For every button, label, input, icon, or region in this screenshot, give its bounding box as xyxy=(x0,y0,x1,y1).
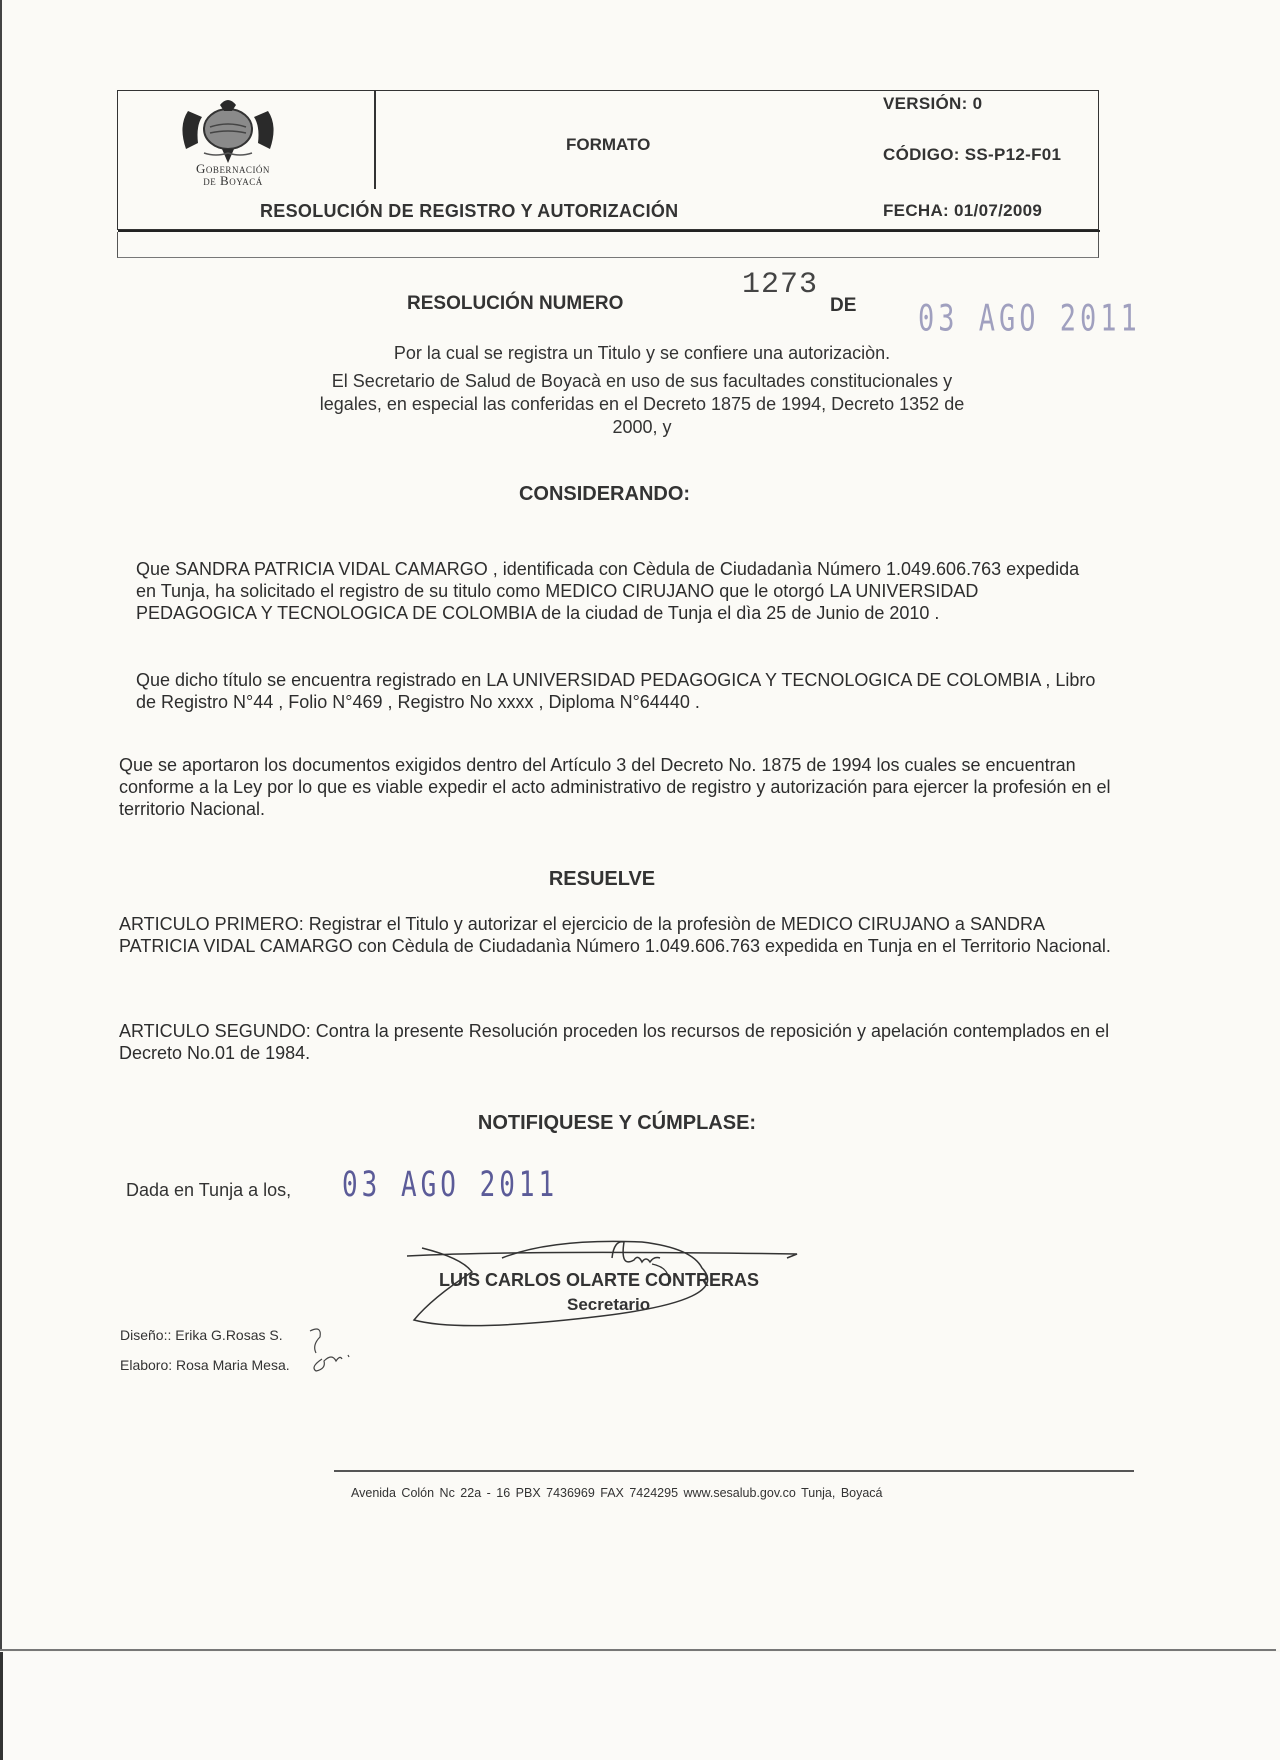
resolution-number: 1273 xyxy=(742,268,818,302)
header-divider xyxy=(374,91,376,189)
format-label: FORMATO xyxy=(566,135,650,155)
document-page: Gobernación de Boyacá FORMATO RESOLUCIÓN… xyxy=(0,0,1280,1650)
footer-address: Avenida Colón Nc 22a - 16 PBX 7436969 FA… xyxy=(351,1486,883,1500)
footer-divider xyxy=(334,1470,1134,1472)
considerando-paragraph: Que se aportaron los documentos exigidos… xyxy=(119,754,1119,820)
resuelve-heading: RESUELVE xyxy=(2,868,1202,891)
document-type-title: RESOLUCIÓN DE REGISTRO Y AUTORIZACIÓN xyxy=(260,201,678,222)
prepared-credit: Elaboro: Rosa Maria Mesa. xyxy=(120,1357,290,1373)
resolution-label: RESOLUCIÓN NUMERO xyxy=(407,293,623,315)
logo-line-2: de Boyacá xyxy=(118,175,348,187)
authority-statement: El Secretario de Salud de Boyacà en uso … xyxy=(302,370,982,439)
design-credit: Diseño:: Erika G.Rosas S. xyxy=(120,1327,283,1343)
page-edge xyxy=(0,1649,1276,1651)
resolution-purpose: Por la cual se registra un Titulo y se c… xyxy=(202,342,1082,365)
header-box: Gobernación de Boyacá FORMATO RESOLUCIÓN… xyxy=(117,90,1099,230)
resolution-date-stamp: 03 AGO 2011 xyxy=(918,298,1141,340)
article-first: ARTICULO PRIMERO: Registrar el Titulo y … xyxy=(119,913,1119,957)
code-label: CÓDIGO: SS-P12-F01 xyxy=(883,145,1061,165)
resolution-de-label: DE xyxy=(830,295,856,317)
considerando-paragraph: Que SANDRA PATRICIA VIDAL CAMARGO , iden… xyxy=(136,558,1096,624)
header-empty-row xyxy=(117,232,1099,258)
signer-name: LUIS CARLOS OLARTE CONTRERAS xyxy=(439,1270,759,1291)
article-second: ARTICULO SEGUNDO: Contra la presente Res… xyxy=(119,1020,1119,1064)
version-label: VERSIÓN: 0 xyxy=(883,94,982,114)
scan-background xyxy=(0,1652,1280,1760)
considerando-paragraph: Que dicho título se encuentra registrado… xyxy=(136,669,1096,713)
initials-icon xyxy=(302,1325,372,1375)
considerando-heading: CONSIDERANDO: xyxy=(2,483,1207,506)
signer-title: Secretario xyxy=(567,1295,650,1315)
date-label: FECHA: 01/07/2009 xyxy=(883,201,1042,221)
logo-text: Gobernación de Boyacá xyxy=(118,163,348,187)
given-in-text: Dada en Tunja a los, xyxy=(126,1180,291,1201)
given-date-stamp: 03 AGO 2011 xyxy=(342,1165,558,1206)
notifiquese-heading: NOTIFIQUESE Y CÚMPLASE: xyxy=(2,1112,1232,1135)
